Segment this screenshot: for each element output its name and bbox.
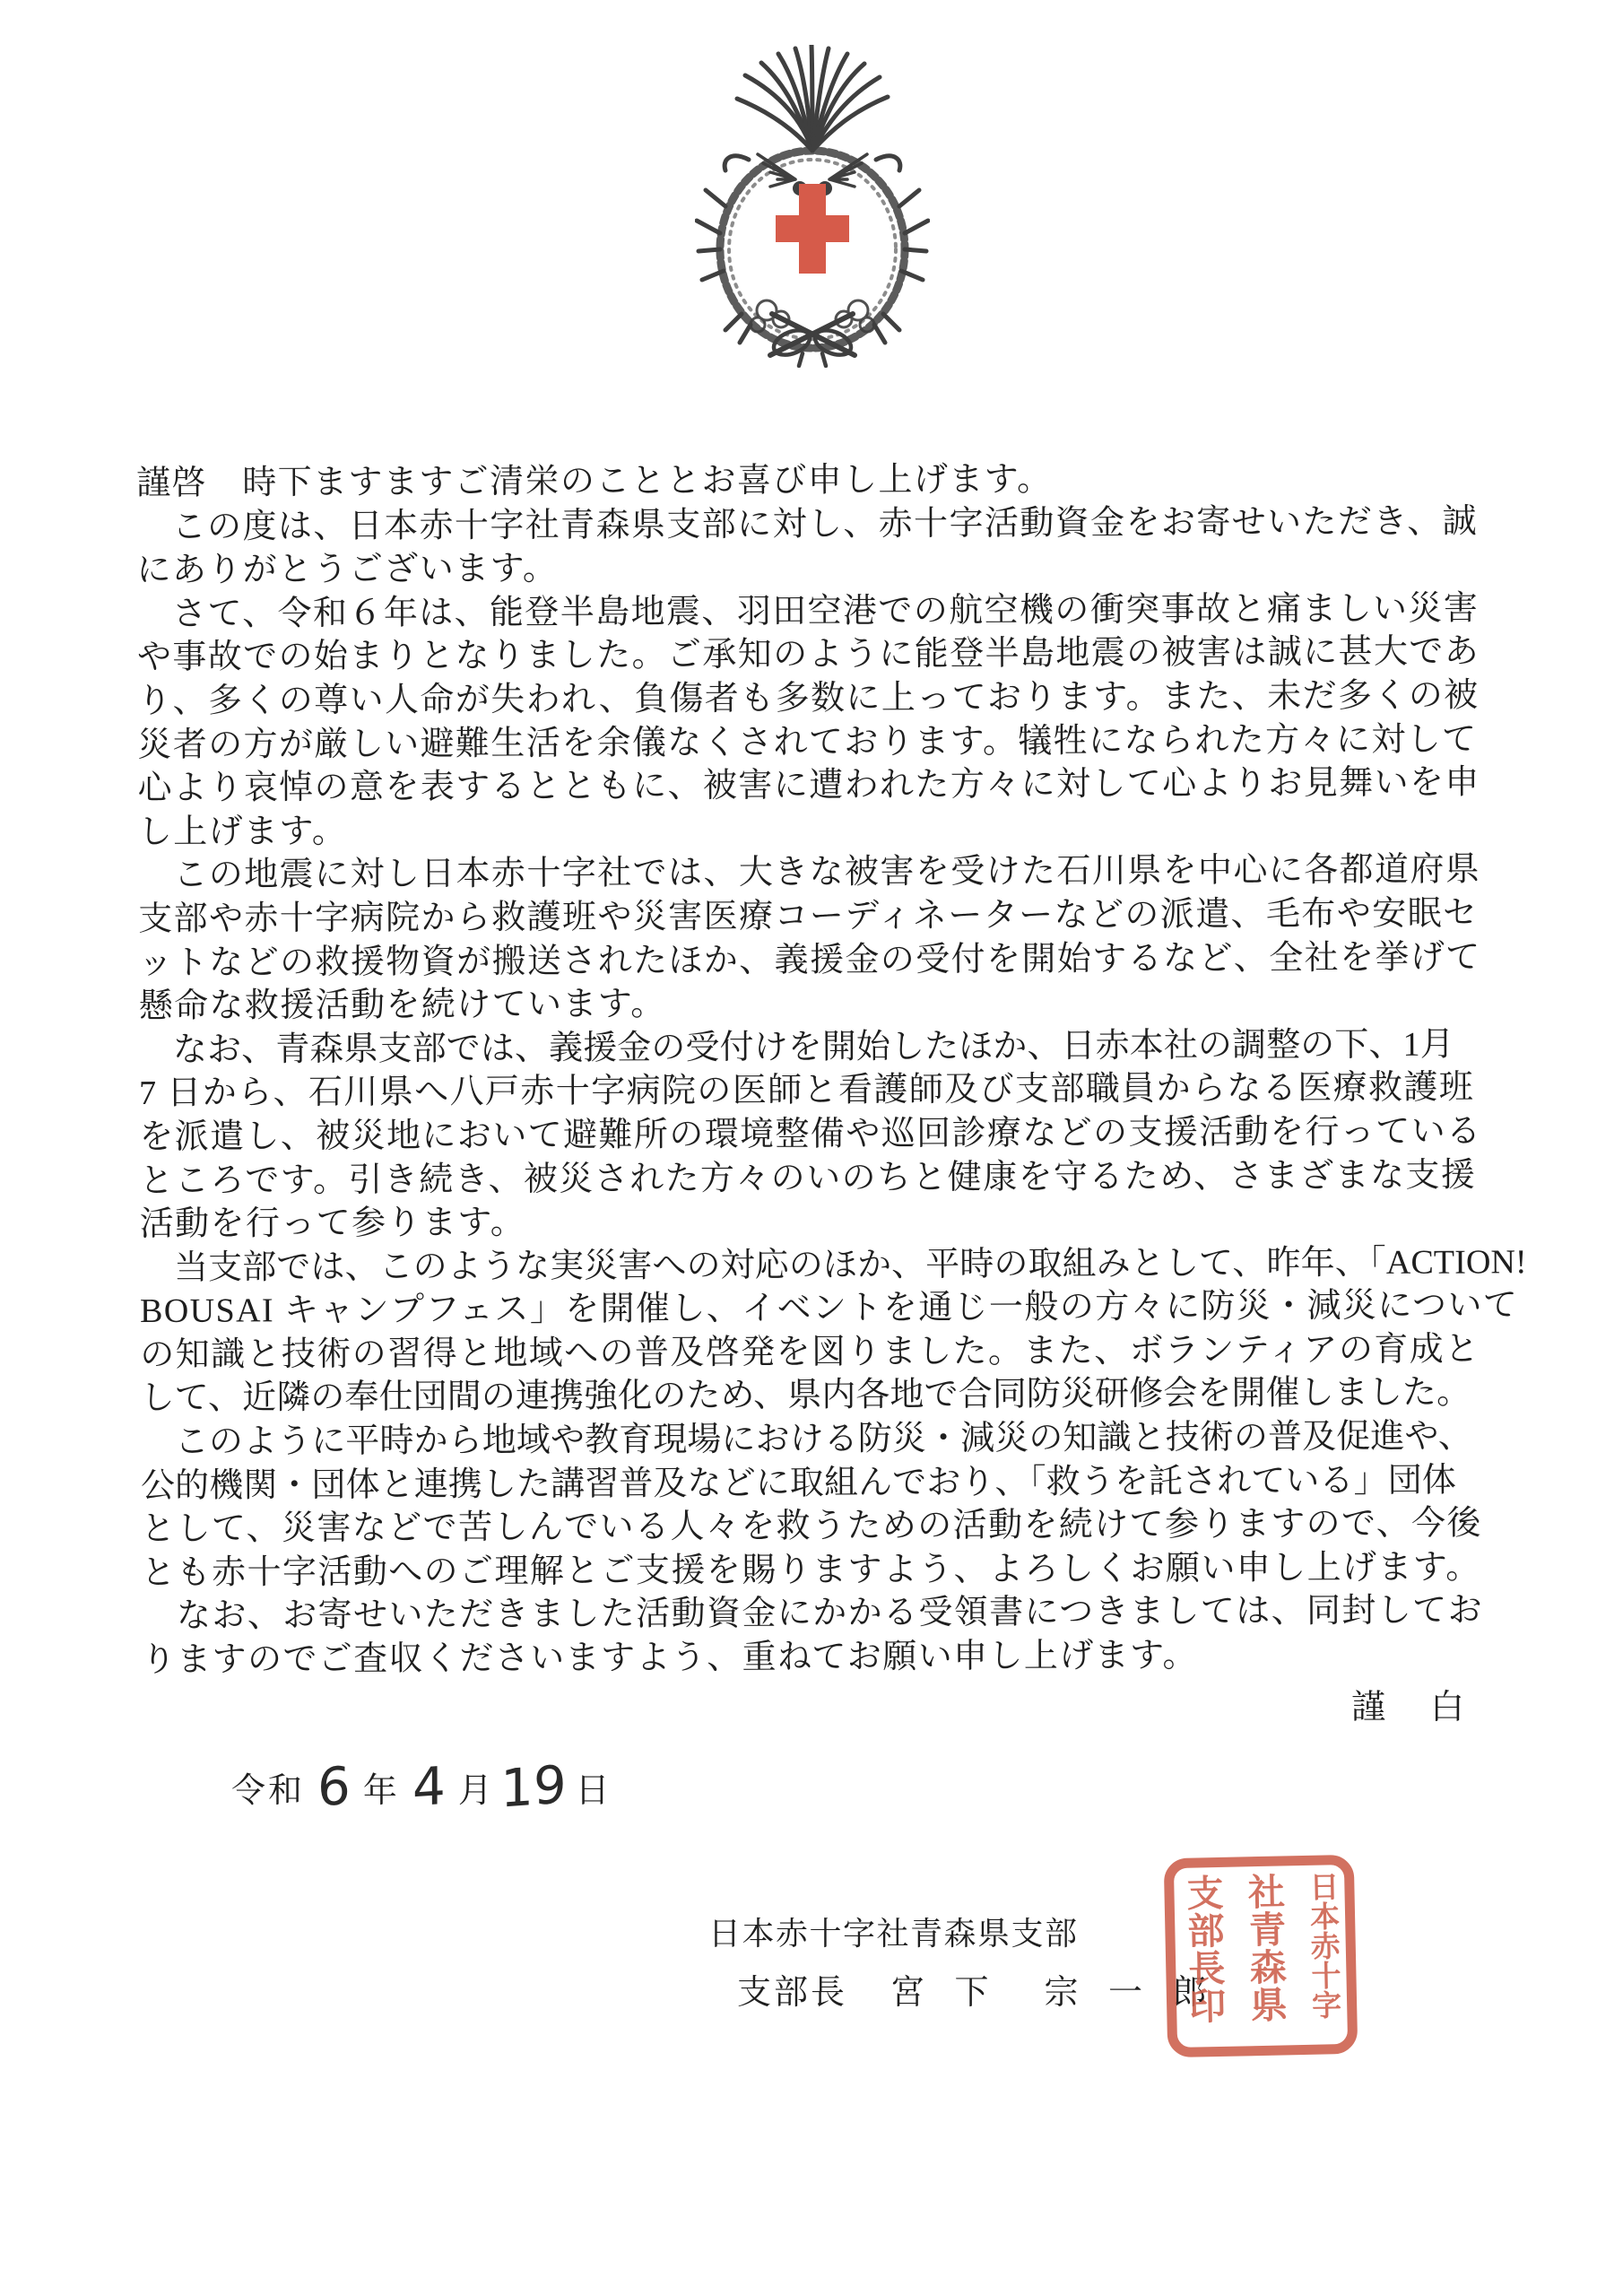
branch-director-seal: 日本赤十字社青森県支部長印 xyxy=(1164,1855,1358,2057)
letter-line: 謹啓 時下ますますご清栄のこととお喜び申し上げます。 xyxy=(136,456,1495,505)
letter-line: 公的機関・団体と連携した講習普及などに取組んでおり、「救うを託されている」団体 xyxy=(141,1458,1499,1508)
letter-line: このように平時から地域や教育現場における防災・減災の知識と技術の普及促進や、 xyxy=(141,1414,1499,1464)
date-year-suffix: 年 xyxy=(363,1762,400,1812)
seal-column: 日本赤十字 xyxy=(1306,1871,1339,2039)
date-day-handwritten: 19 xyxy=(500,1753,567,1819)
letter-line: なお、青森県支部では、義援金の受付けを開始したほか、日赤本社の調整の下、1月 xyxy=(139,1022,1497,1072)
letter-line: なお、お寄せいただきました活動資金にかかる受領書につきましては、同封してお xyxy=(142,1589,1500,1639)
red-cross-emblem-icon xyxy=(695,45,930,368)
scanned-letter-page: 謹啓 時下ますますご清栄のこととお喜び申し上げます。 この度は、日本赤十字社青森… xyxy=(0,0,1623,2296)
letter-line: し上げます。 xyxy=(138,804,1497,854)
letter-line: 災者の方が厳しい避難生活を余儀なくされております。犠牲になられた方々に対して xyxy=(137,717,1496,767)
date-day-suffix: 日 xyxy=(576,1762,612,1812)
letter-line: 懸命な救援活動を続けています。 xyxy=(139,979,1497,1029)
letter-line: 活動を行って参ります。 xyxy=(140,1196,1498,1246)
seal-column: 支部長印 xyxy=(1183,1874,1223,2041)
date-month-suffix: 月 xyxy=(458,1762,495,1812)
letter-date: 令和 6 年 4 月 19 日 xyxy=(231,1751,612,1822)
date-year-handwritten: 6 xyxy=(317,1755,351,1819)
letter-line: この地震に対し日本赤十字社では、大きな被害を受けた石川県を中心に各都道府県 xyxy=(138,848,1497,898)
signature-title: 支部長 xyxy=(737,1964,847,2013)
date-month-handwritten: 4 xyxy=(412,1755,446,1819)
letter-line: にありがとうございます。 xyxy=(136,544,1495,593)
red-cross-icon xyxy=(776,184,849,274)
letter-line: として、災害などで苦しんでいる人々を救うための活動を続けて参りますので、今後 xyxy=(141,1502,1499,1552)
letter-body: 謹啓 時下ますますご清栄のこととお喜び申し上げます。 この度は、日本赤十字社青森… xyxy=(136,456,1500,1682)
letter-line: や事故での始まりとなりました。ご承知のように能登半島地震の被害は誠に甚大であ xyxy=(137,631,1496,680)
letter-line: この度は、日本赤十字社青森県支部に対し、赤十字活動資金をお寄せいただき、誠 xyxy=(136,500,1495,549)
letter-line: を派遣し、被災地において避難所の環境整備や巡回診療などの支援活動を行っている xyxy=(139,1109,1497,1159)
letter-line: とも赤十字活動へのご理解とご支援を賜りますよう、よろしくお願い申し上げます。 xyxy=(141,1545,1499,1595)
letter-line: りますのでご査収くださいますよう、重ねてお願い申し上げます。 xyxy=(142,1632,1500,1682)
letter-line: して、近隣の奉仕団間の連携強化のため、県内各地で合同防災研修会を開催しました。 xyxy=(140,1371,1498,1421)
letter-line: の知識と技術の習得と地域への普及啓発を図りました。また、ボランティアの育成と xyxy=(140,1327,1498,1377)
letter-line: ットなどの救援物資が搬送されたほか、義援金の受付を開始するなど、全社を挙げて xyxy=(138,935,1497,985)
closing-salutation: 謹 白 xyxy=(136,1679,1495,1728)
emblem-plume xyxy=(737,45,888,151)
letter-line: さて、令和６年は、能登半島地震、羽田空港での航空機の衝突事故と痛ましい災害 xyxy=(137,587,1496,636)
letter-line: 当支部では、このような実災害への対応のほか、平時の取組みとして、昨年、「ACTI… xyxy=(140,1240,1498,1290)
signature-line: 支部長 宮 下 宗 一 郎 xyxy=(737,1964,1218,2013)
letter-line: り、多くの尊い人命が失われ、負傷者も多数に上っております。また、未だ多くの被 xyxy=(137,674,1496,723)
signature-organization: 日本赤十字社青森県支部 xyxy=(708,1909,1079,1954)
letter-line: 心より哀悼の意を表するとともに、被害に遭われた方々に対して心よりお見舞いを申 xyxy=(137,761,1496,811)
letter-line: 7 日から、石川県へ八戸赤十字病院の医師と看護師及び支部職員からなる医療救護班 xyxy=(139,1066,1497,1116)
seal-column: 社青森県 xyxy=(1245,1873,1285,2040)
letter-line: BOUSAI キャンプフェス」を開催し、イベントを通じ一般の方々に防災・減災につ… xyxy=(140,1284,1498,1334)
letter-line: 支部や赤十字病院から救護班や災害医療コーディネーターなどの派遣、毛布や安眠セ xyxy=(138,891,1497,941)
date-era: 令和 xyxy=(231,1762,305,1812)
letter-line: ところです。引き続き、被災された方々のいのちと健康を守るため、さまざまな支援 xyxy=(139,1153,1497,1203)
